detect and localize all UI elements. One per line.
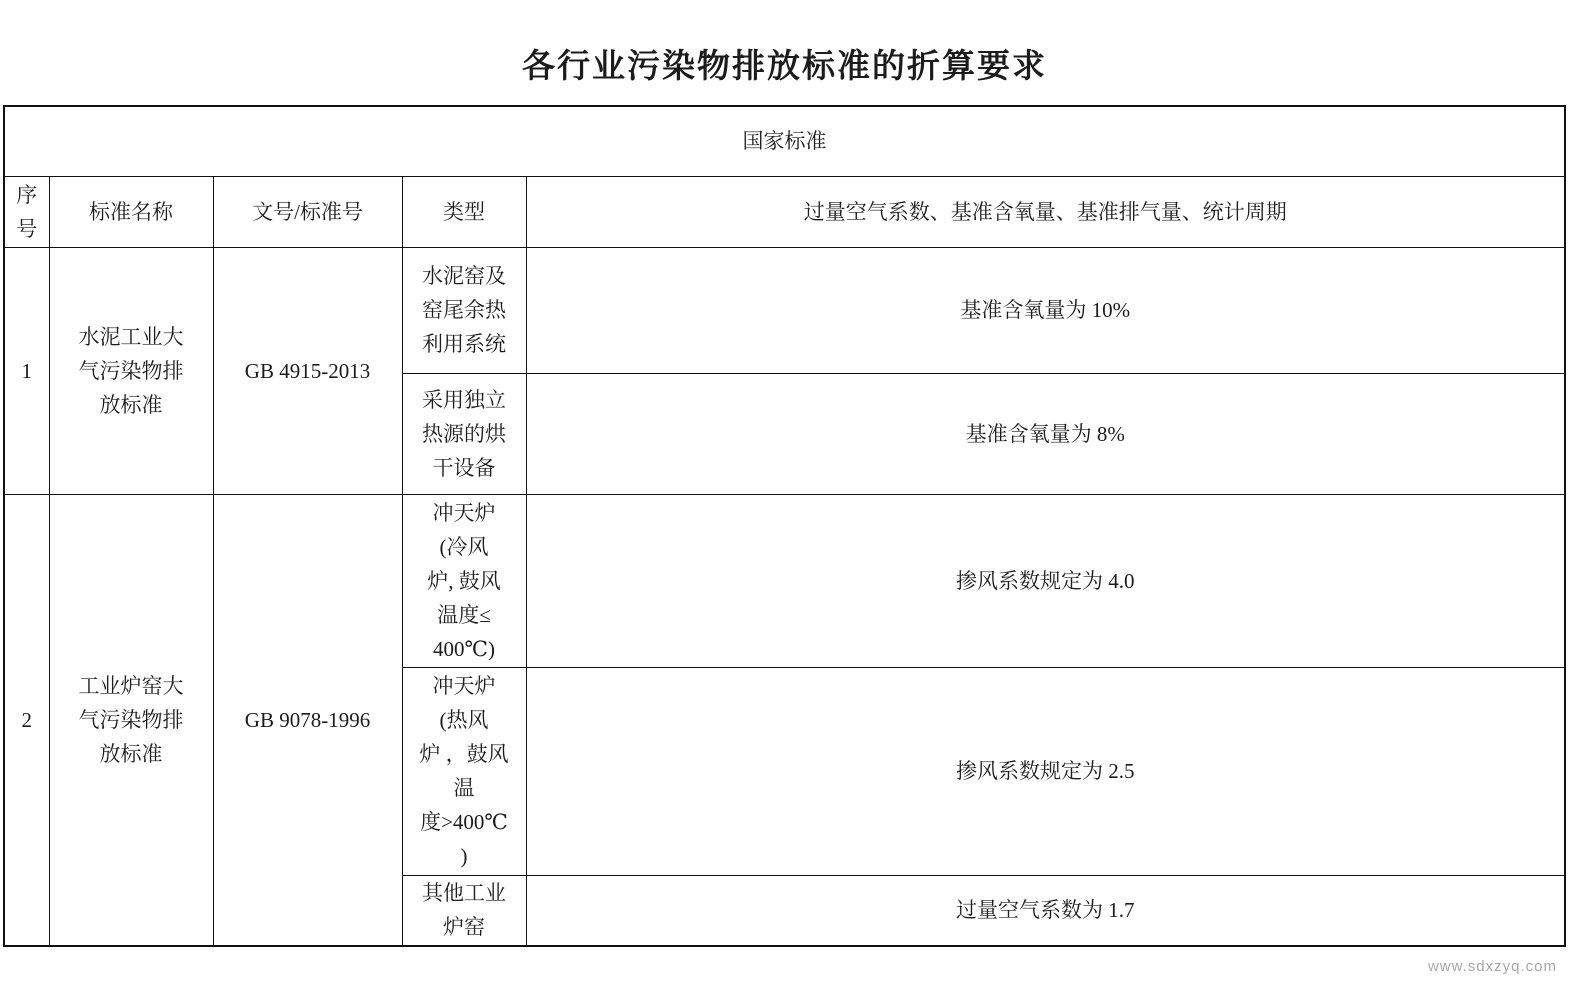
page-title: 各行业污染物排放标准的折算要求 (0, 40, 1569, 87)
type-cell: 其他工业 炉窑 (402, 875, 526, 946)
col-header-doc: 文号/标准号 (213, 176, 402, 247)
standard-name-cell: 工业炉窑大 气污染物排 放标准 (49, 494, 213, 946)
col-header-type: 类型 (402, 176, 526, 247)
col-header-requirement: 过量空气系数、基准含氧量、基准排气量、统计周期 (526, 176, 1565, 247)
table-row: 1 水泥工业大 气污染物排 放标准 GB 4915-2013 水泥窑及 窑尾余热… (4, 247, 1565, 373)
type-cell: 水泥窑及 窑尾余热 利用系统 (402, 247, 526, 373)
requirement-cell: 掺风系数规定为 2.5 (526, 667, 1565, 875)
requirement-cell: 基准含氧量为 10% (526, 247, 1565, 373)
group-header-row: 国家标准 (4, 106, 1565, 176)
requirement-cell: 过量空气系数为 1.7 (526, 875, 1565, 946)
type-cell: 采用独立 热源的烘 干设备 (402, 373, 526, 494)
type-cell: 冲天炉 (热风 炉 ，鼓风 温 度>400℃ ) (402, 667, 526, 875)
group-header-cell: 国家标准 (4, 106, 1565, 176)
requirement-cell: 基准含氧量为 8% (526, 373, 1565, 494)
row-index-cell: 2 (4, 494, 49, 946)
doc-number-cell: GB 4915-2013 (213, 247, 402, 494)
watermark: www.sdxzyq.com (1428, 958, 1557, 975)
doc-number-cell: GB 9078-1996 (213, 494, 402, 946)
standard-name-cell: 水泥工业大 气污染物排 放标准 (49, 247, 213, 494)
requirement-cell: 掺风系数规定为 4.0 (526, 494, 1565, 667)
col-header-name: 标准名称 (49, 176, 213, 247)
type-cell: 冲天炉 (冷风 炉, 鼓风 温度≤ 400℃) (402, 494, 526, 667)
standards-table: 国家标准 序 号 标准名称 文号/标准号 类型 过量空气系数、基准含氧量、基准排… (3, 105, 1566, 947)
col-header-seq: 序 号 (4, 176, 49, 247)
table-row: 2 工业炉窑大 气污染物排 放标准 GB 9078-1996 冲天炉 (冷风 炉… (4, 494, 1565, 667)
column-header-row: 序 号 标准名称 文号/标准号 类型 过量空气系数、基准含氧量、基准排气量、统计… (4, 176, 1565, 247)
row-index-cell: 1 (4, 247, 49, 494)
